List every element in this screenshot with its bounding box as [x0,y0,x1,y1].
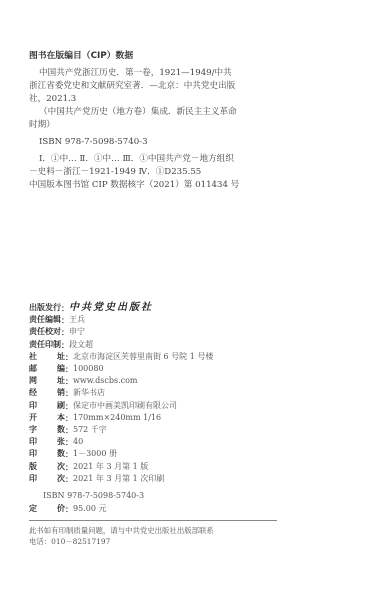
field-row: 社址：北京市海淀区芙蓉里南街 6 号院 1 号楼 [29,351,279,363]
cip-classification: Ⅰ．①中… Ⅱ．①中… Ⅲ．①中国共产党－地方组织 [29,153,269,166]
field-row: 责任编辑：王兵 [29,314,279,326]
field-label: 出版发行 [29,302,61,314]
divider [29,520,277,521]
cip-line: 时期） [29,119,269,132]
quality-notice: 此书如有印制质量问题，请与中共党史出版社出版部联系 [29,525,279,536]
field-row: 印刷：保定市中画美凯印刷有限公司 [29,400,279,412]
field-row: 责任校对：申宁 [29,326,279,338]
field-row: 责任印制：段文超 [29,339,279,351]
cip-line: －史料－浙江－1921-1949 Ⅳ．①D235.55 [29,166,269,179]
field-row: 印次：2021 年 3 月第 1 次印刷 [29,473,279,485]
cip-line: 社，2021.3 [29,93,269,106]
isbn: ISBN 978-7-5098-5740-3 [43,490,279,502]
cip-record-number: 中国版本图书馆 CIP 数据核字（2021）第 011434 号 [29,179,269,192]
field-row: 字数：572 千字 [29,424,279,436]
field-row: 经销：新华书店 [29,387,279,399]
field-row: 邮编：100080 [29,363,279,375]
cip-series: （中国共产党历史（地方卷）集成．新民主主义革命 [29,106,269,119]
publisher-logo: 中共党史出版社 [69,302,153,314]
field-row: 版次：2021 年 3 月第 1 版 [29,461,279,473]
colophon-block: 出版发行：中共党史出版社 责任编辑：王兵 责任校对：申宁 责任印制：段文超 社址… [29,302,279,547]
price-row: 定价：95.00 元 [29,503,279,515]
cip-line: 浙江省委党史和文献研究室著．—北京：中共党史出版 [29,80,269,93]
publisher-row: 出版发行：中共党史出版社 [29,302,279,314]
field-row: 印张：40 [29,436,279,448]
cip-isbn: ISBN 978-7-5098-5740-3 [29,136,269,149]
field-row: 网址：www.dscbs.com [29,375,279,387]
cip-title: 图书在版编目（CIP）数据 [29,50,269,63]
field-row: 印数：1－3000 册 [29,448,279,460]
cip-line: 中国共产党浙江历史．第一卷，1921—1949/中共 [29,67,269,80]
cip-data-block: 图书在版编目（CIP）数据 中国共产党浙江历史．第一卷，1921—1949/中共… [29,50,269,192]
contact-phone: 电话：010－82517197 [29,536,279,547]
field-row: 开本：170mm×240mm 1/16 [29,412,279,424]
